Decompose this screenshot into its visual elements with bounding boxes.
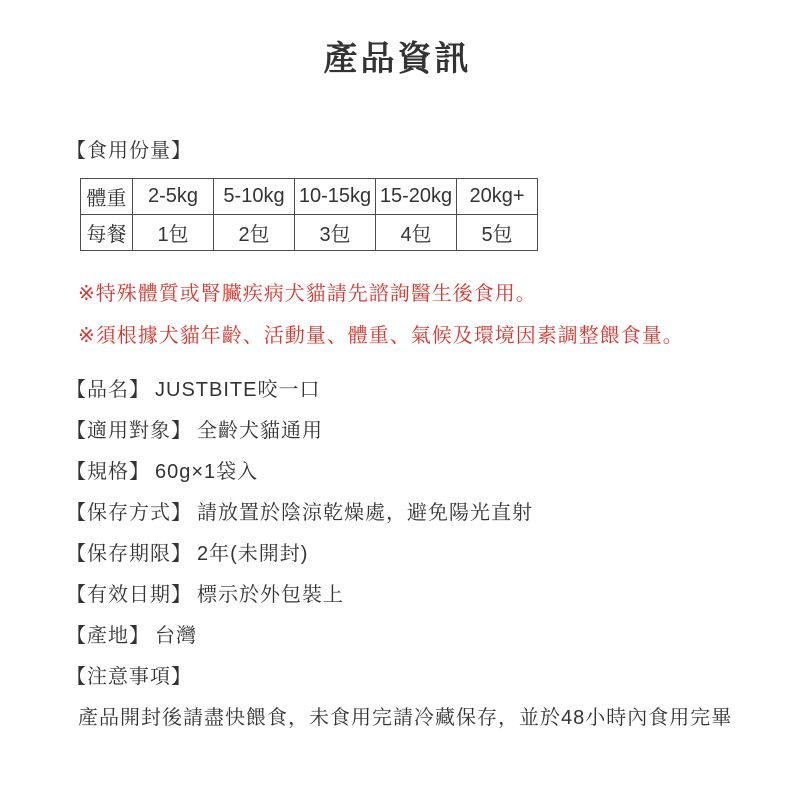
table-row-per-meal: 每餐 1包 2包 3包 4包 5包 bbox=[81, 215, 538, 251]
note-adjust-feeding: ※須根據犬貓年齡、活動量、體重、氣候及環境因素調整餵食量。 bbox=[78, 325, 795, 347]
serving-section-label: 【食用份量】 bbox=[66, 138, 795, 164]
product-details: 【品名】 JUSTBITE咬一口 【適用對象】 全齡犬貓通用 【規格】 60g×… bbox=[0, 367, 795, 695]
detail-row-product-name: 【品名】 JUSTBITE咬一口 bbox=[0, 367, 795, 408]
product-info-page: 產品資訊 【食用份量】 體重 2-5kg 5-10kg 10-15kg 15-2… bbox=[0, 0, 795, 795]
detail-label-shelf-life: 【保存期限】 bbox=[66, 537, 192, 566]
detail-row-precautions: 【注意事項】 bbox=[0, 654, 795, 695]
table-header-weight: 體重 bbox=[81, 179, 133, 215]
table-cell-weight-3: 10-15kg bbox=[295, 179, 376, 215]
detail-label-precautions: 【注意事項】 bbox=[66, 660, 192, 689]
page-title: 產品資訊 bbox=[0, 0, 795, 78]
table-row-weight: 體重 2-5kg 5-10kg 10-15kg 15-20kg 20kg+ bbox=[81, 179, 538, 215]
detail-value-expiry: 標示於外包裝上 bbox=[197, 578, 344, 607]
detail-row-expiry: 【有效日期】 標示於外包裝上 bbox=[0, 572, 795, 613]
detail-label-spec: 【規格】 bbox=[66, 455, 150, 484]
table-cell-weight-1: 2-5kg bbox=[133, 179, 214, 215]
detail-label-expiry: 【有效日期】 bbox=[66, 578, 192, 607]
table-cell-meal-3: 3包 bbox=[295, 215, 376, 251]
detail-label-storage: 【保存方式】 bbox=[66, 496, 192, 525]
detail-label-product-name: 【品名】 bbox=[66, 373, 150, 402]
detail-label-target: 【適用對象】 bbox=[66, 414, 192, 443]
detail-value-origin: 台灣 bbox=[155, 619, 197, 648]
detail-row-origin: 【產地】 台灣 bbox=[0, 613, 795, 654]
detail-value-product-name: JUSTBITE咬一口 bbox=[155, 373, 320, 402]
table-cell-meal-1: 1包 bbox=[133, 215, 214, 251]
detail-value-target: 全齡犬貓通用 bbox=[197, 414, 323, 443]
detail-label-origin: 【產地】 bbox=[66, 619, 150, 648]
table-cell-weight-4: 15-20kg bbox=[376, 179, 457, 215]
note-consult-vet: ※特殊體質或腎臟疾病犬貓請先諮詢醫生後食用。 bbox=[78, 283, 795, 305]
detail-value-spec: 60g×1袋入 bbox=[155, 455, 258, 484]
table-cell-weight-2: 5-10kg bbox=[214, 179, 295, 215]
precaution-body-text: 產品開封後請盡快餵食，未食用完請冷藏保存，並於48小時內食用完畢 bbox=[0, 695, 795, 736]
table-header-per-meal: 每餐 bbox=[81, 215, 133, 251]
detail-row-target: 【適用對象】 全齡犬貓通用 bbox=[0, 408, 795, 449]
detail-row-spec: 【規格】 60g×1袋入 bbox=[0, 449, 795, 490]
detail-row-shelf-life: 【保存期限】 2年(未開封) bbox=[0, 531, 795, 572]
table-cell-meal-2: 2包 bbox=[214, 215, 295, 251]
detail-value-storage: 請放置於陰涼乾燥處，避免陽光直射 bbox=[197, 496, 533, 525]
table-cell-meal-4: 4包 bbox=[376, 215, 457, 251]
advisory-notes: ※特殊體質或腎臟疾病犬貓請先諮詢醫生後食用。 ※須根據犬貓年齡、活動量、體重、氣… bbox=[78, 283, 795, 347]
table-cell-meal-5: 5包 bbox=[457, 215, 538, 251]
detail-value-shelf-life: 2年(未開封) bbox=[197, 537, 308, 566]
detail-row-storage: 【保存方式】 請放置於陰涼乾燥處，避免陽光直射 bbox=[0, 490, 795, 531]
table-cell-weight-5: 20kg+ bbox=[457, 179, 538, 215]
serving-size-table: 體重 2-5kg 5-10kg 10-15kg 15-20kg 20kg+ 每餐… bbox=[80, 178, 538, 251]
